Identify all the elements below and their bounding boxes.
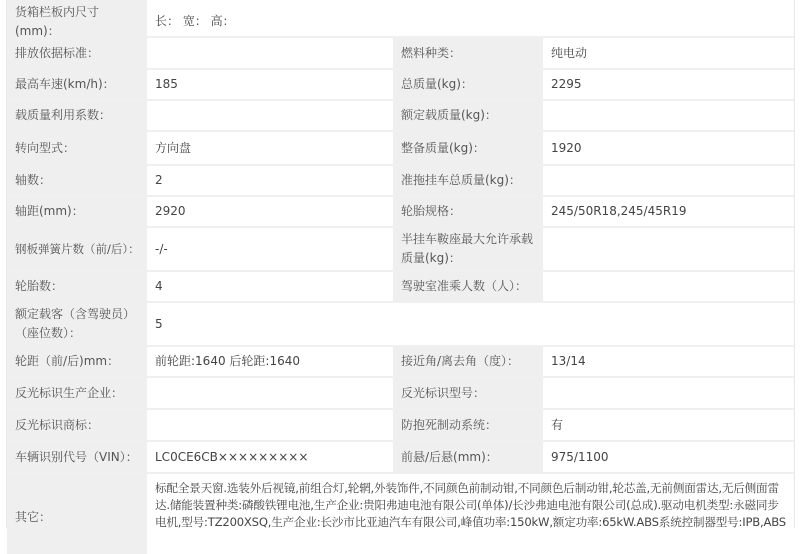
- label-steering-type: 转向型式：: [7, 132, 147, 164]
- label-cargo-box-dimensions: 货箱栏板内尺寸(mm)：: [7, 7, 147, 36]
- label-trailer-mass: 准拖挂车总质量(kg)：: [393, 166, 543, 195]
- label-approach-departure-angle: 接近角/离去角（度）：: [393, 347, 543, 376]
- table-row: 钢板弹簧片数（前/后）： -/- 半挂车鞍座最大允许承载质量(kg)：: [7, 228, 794, 272]
- value-track-width: 前轮距:1640 后轮距:1640: [147, 347, 393, 376]
- label-rated-load: 额定载质量(kg)：: [393, 101, 543, 130]
- value-tire-count: 4: [147, 272, 393, 301]
- value-gross-mass: 2295: [543, 70, 794, 99]
- label-other: 其它：: [7, 474, 147, 528]
- label-overhang: 前悬/后悬(mm)：: [393, 442, 543, 472]
- value-cargo-box-dimensions: 长： 宽： 高：: [147, 7, 794, 36]
- value-abs-system: 有: [543, 410, 794, 440]
- label-seating-capacity: 额定载客（含驾驶员）（座位数）：: [7, 303, 147, 345]
- label-cab-capacity: 驾驶室准乘人数（人）：: [393, 272, 543, 301]
- table-row: 车辆识别代号（VIN）： LC0CE6CB××××××××× 前悬/后悬(mm)…: [7, 442, 794, 474]
- value-emission-standard: [147, 38, 393, 68]
- label-tire-spec: 轮胎规格：: [393, 197, 543, 226]
- value-seating-capacity: 5: [147, 303, 794, 345]
- value-approach-departure-angle: 13/14: [543, 347, 794, 376]
- label-load-utilization: 载质量利用系数：: [7, 101, 147, 130]
- value-rated-load: [543, 101, 794, 130]
- value-cab-capacity: [543, 272, 794, 301]
- label-emission-standard: 排放依据标准：: [7, 38, 147, 68]
- value-wheelbase: 2920: [147, 197, 393, 226]
- label-tire-count: 轮胎数：: [7, 272, 147, 301]
- label-track-width: 轮距（前/后)mm：: [7, 347, 147, 376]
- value-steering-type: 方向盘: [147, 132, 393, 164]
- label-fuel-type: 燃料种类：: [393, 38, 543, 68]
- label-axle-count: 轴数：: [7, 166, 147, 195]
- value-leaf-springs: -/-: [147, 228, 393, 270]
- label-reflector-brand: 反光标识商标：: [7, 410, 147, 440]
- label-curb-weight: 整备质量(kg)：: [393, 132, 543, 164]
- label-abs-system: 防抱死制动系统：: [393, 410, 543, 440]
- value-axle-count: 2: [147, 166, 393, 195]
- table-row: 最高车速(km/h)： 185 总质量(kg)： 2295: [7, 70, 794, 101]
- label-reflector-manufacturer: 反光标识生产企业：: [7, 378, 147, 408]
- value-reflector-brand: [147, 410, 393, 440]
- table-row: 反光标识商标： 防抱死制动系统： 有: [7, 410, 794, 442]
- label-fifth-wheel-load: 半挂车鞍座最大允许承载质量(kg)：: [393, 228, 543, 270]
- value-reflector-manufacturer: [147, 378, 393, 408]
- table-row: 转向型式： 方向盘 整备质量(kg)： 1920: [7, 132, 794, 166]
- table-row: 轮胎数： 4 驾驶室准乘人数（人）：: [7, 272, 794, 303]
- table-row: 货箱栏板内尺寸(mm)： 长： 宽： 高：: [7, 7, 794, 38]
- table-row: 其它： 标配全景天窗.选装外后视镜,前组合灯,轮辋,外装饰件,不同颜色前制动钳,…: [7, 474, 794, 528]
- value-overhang: 975/1100: [543, 442, 794, 472]
- label-vin: 车辆识别代号（VIN）：: [7, 442, 147, 472]
- table-row: 轮距（前/后)mm： 前轮距:1640 后轮距:1640 接近角/离去角（度）：…: [7, 347, 794, 378]
- table-row: 排放依据标准： 燃料种类： 纯电动: [7, 38, 794, 70]
- value-other: 标配全景天窗.选装外后视镜,前组合灯,轮辋,外装饰件,不同颜色前制动钳,不同颜色…: [147, 474, 794, 528]
- vehicle-spec-table: 货箱栏板内尺寸(mm)： 长： 宽： 高： 排放依据标准： 燃料种类： 纯电动 …: [6, 0, 795, 528]
- value-fuel-type: 纯电动: [543, 38, 794, 68]
- table-row: 反光标识生产企业： 反光标识型号：: [7, 378, 794, 410]
- table-row: 轴距(mm)： 2920 轮胎规格： 245/50R18,245/45R19: [7, 197, 794, 228]
- label-reflector-model: 反光标识型号：: [393, 378, 543, 408]
- label-leaf-springs: 钢板弹簧片数（前/后）：: [7, 228, 147, 270]
- value-max-speed: 185: [147, 70, 393, 99]
- table-row: 轴数： 2 准拖挂车总质量(kg)：: [7, 166, 794, 197]
- value-fifth-wheel-load: [543, 228, 794, 270]
- label-gross-mass: 总质量(kg)：: [393, 70, 543, 99]
- value-load-utilization: [147, 101, 393, 130]
- label-wheelbase: 轴距(mm)：: [7, 197, 147, 226]
- table-row: 载质量利用系数： 额定载质量(kg)：: [7, 101, 794, 132]
- label-max-speed: 最高车速(km/h)：: [7, 70, 147, 99]
- value-curb-weight: 1920: [543, 132, 794, 164]
- value-tire-spec: 245/50R18,245/45R19: [543, 197, 794, 226]
- value-vin: LC0CE6CB×××××××××: [147, 442, 393, 472]
- previous-row-value: [147, 0, 794, 7]
- table-row: 额定载客（含驾驶员）（座位数）： 5: [7, 303, 794, 347]
- value-reflector-model: [543, 378, 794, 408]
- value-trailer-mass: [543, 166, 794, 195]
